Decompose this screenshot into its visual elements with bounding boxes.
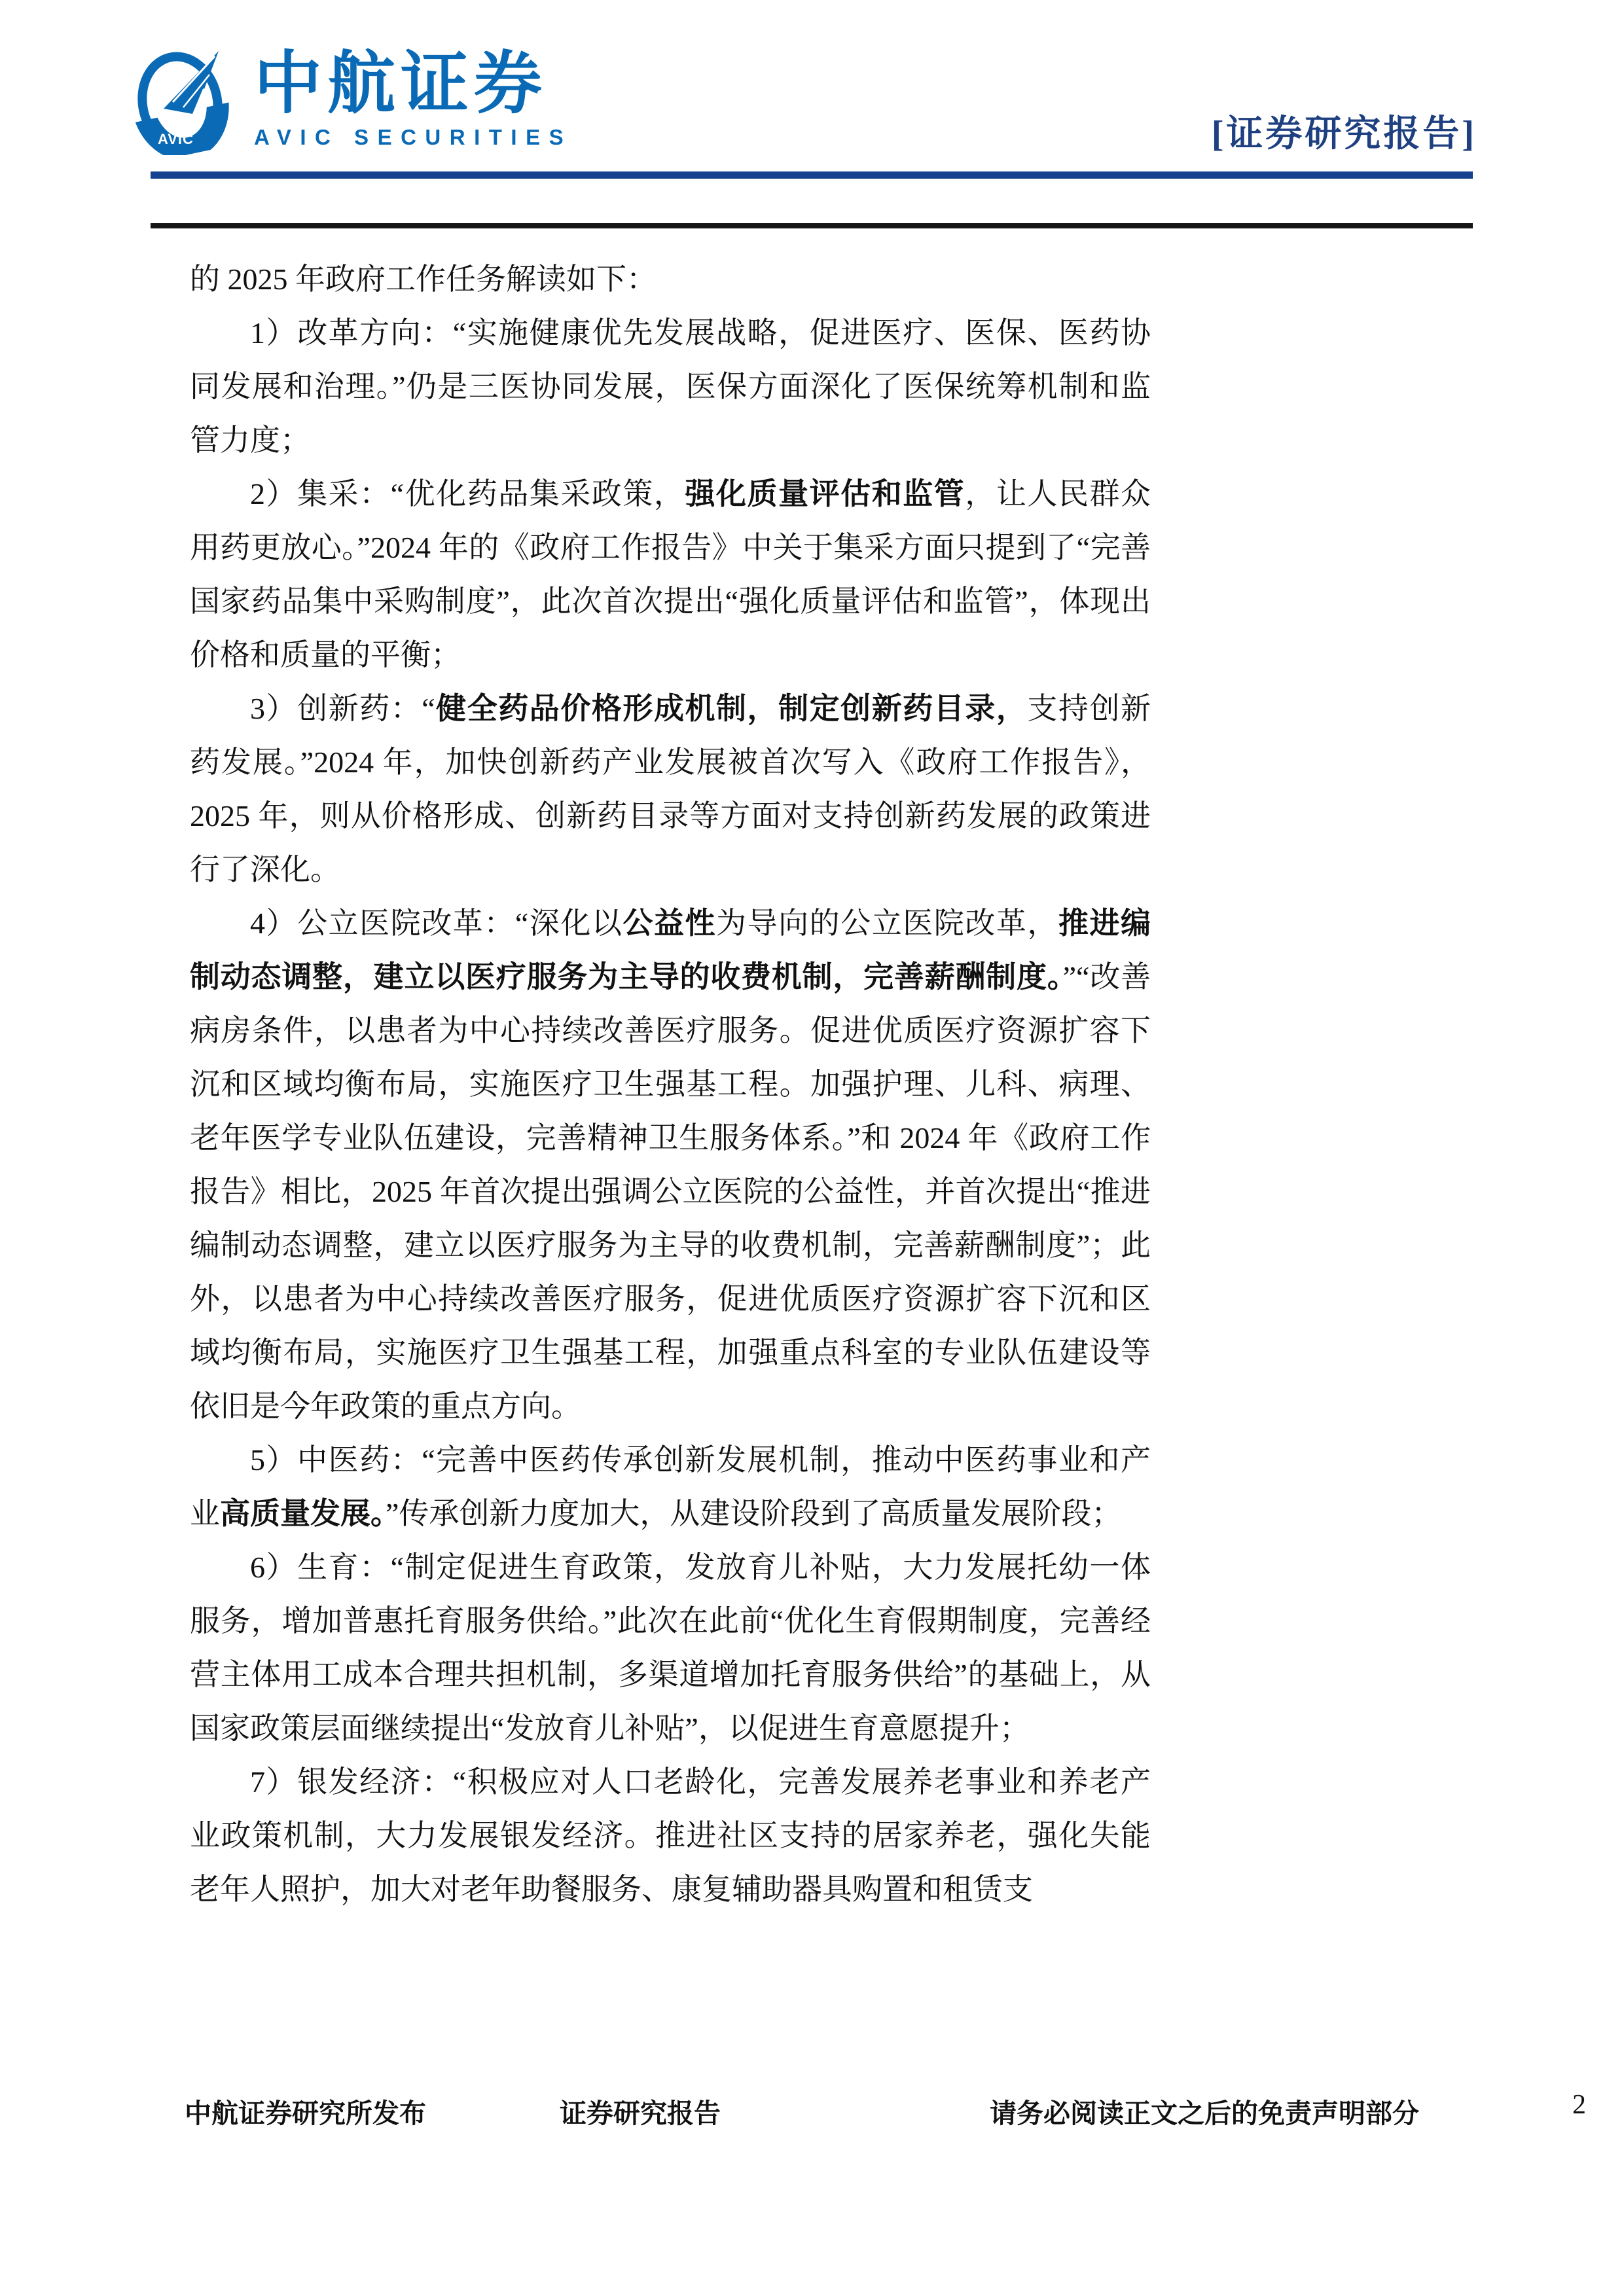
paragraph-text: ”传承创新力度加大，从建设阶段到了高质量发展阶段； bbox=[386, 1497, 1121, 1530]
paragraph-text: 的 2025 年政府工作任务解读如下： bbox=[190, 262, 657, 296]
logo-chinese-name: 中航证券 bbox=[254, 47, 572, 120]
avic-icon-label: AVIC bbox=[158, 131, 194, 147]
paragraph: 5）中医药：“完善中医药传承创新发展机制，推动中医药事业和产业高质量发展。”传承… bbox=[190, 1433, 1151, 1541]
paragraph-text: 3）创新药：“ bbox=[250, 692, 435, 725]
paragraph-bold-text: 强化质量评估和监管 bbox=[685, 477, 965, 511]
body-text: 的 2025 年政府工作任务解读如下：1）改革方向：“实施健康优先发展战略，促进… bbox=[190, 253, 1151, 1916]
company-logo: AVIC 中航证券 AVIC SECURITIES bbox=[131, 47, 572, 155]
body-divider-black bbox=[151, 223, 1473, 228]
page-number: 2 bbox=[1572, 2089, 1586, 2121]
paragraph-text: 1）改革方向：“实施健康优先发展战略，促进医疗、医保、医药协同发展和治理。”仍是… bbox=[190, 316, 1151, 457]
paragraph-text: 7）银发经济：“积极应对人口老龄化，完善发展养老事业和养老产业政策机制，大力发展… bbox=[190, 1765, 1151, 1906]
logo-english-name: AVIC SECURITIES bbox=[254, 124, 572, 151]
paragraph: 3）创新药：“健全药品价格形成机制，制定创新药目录，支持创新药发展。”2024 … bbox=[190, 682, 1151, 897]
report-tag: [证券研究报告] bbox=[1212, 105, 1477, 157]
logo-texts: 中航证券 AVIC SECURITIES bbox=[254, 47, 572, 151]
paragraph-text: 2）集采：“优化药品集采政策， bbox=[250, 477, 685, 511]
paragraph-bold-text: 公益性 bbox=[623, 906, 716, 940]
footer-publisher: 中航证券研究所发布 bbox=[185, 2092, 426, 2130]
footer-disclaimer: 请务必阅读正文之后的免责声明部分 bbox=[990, 2092, 1419, 2130]
avic-eagle-icon: AVIC bbox=[131, 47, 229, 155]
paragraph-bold-text: 健全药品价格形成机制，制定创新药目录， bbox=[435, 692, 1028, 725]
paragraph: 6）生育：“制定促进生育政策，发放育儿补贴，大力发展托幼一体服务，增加普惠托育服… bbox=[190, 1541, 1151, 1755]
paragraph-text: 4）公立医院改革：“深化以 bbox=[250, 906, 623, 940]
paragraph: 2）集采：“优化药品集采政策，强化质量评估和监管，让人民群众用药更放心。”202… bbox=[190, 467, 1151, 682]
paragraph: 4）公立医院改革：“深化以公益性为导向的公立医院改革，推进编制动态调整，建立以医… bbox=[190, 897, 1151, 1433]
paragraph: 1）改革方向：“实施健康优先发展战略，促进医疗、医保、医药协同发展和治理。”仍是… bbox=[190, 306, 1151, 467]
paragraph-text: 为导向的公立医院改革， bbox=[716, 906, 1058, 940]
paragraph: 7）银发经济：“积极应对人口老龄化，完善发展养老事业和养老产业政策机制，大力发展… bbox=[190, 1755, 1151, 1916]
footer-report-type: 证券研究报告 bbox=[560, 2092, 721, 2130]
header-divider-blue bbox=[151, 171, 1473, 179]
paragraph-text: 6）生育：“制定促进生育政策，发放育儿补贴，大力发展托幼一体服务，增加普惠托育服… bbox=[190, 1551, 1151, 1745]
paragraph: 的 2025 年政府工作任务解读如下： bbox=[190, 253, 1151, 306]
report-page: AVIC 中航证券 AVIC SECURITIES [证券研究报告] 的 202… bbox=[0, 0, 1624, 2296]
paragraph-bold-text: 高质量发展。 bbox=[220, 1497, 386, 1530]
paragraph-text: ”“改善病房条件，以患者为中心持续改善医疗服务。促进优质医疗资源扩容下沉和区域均… bbox=[190, 960, 1151, 1423]
